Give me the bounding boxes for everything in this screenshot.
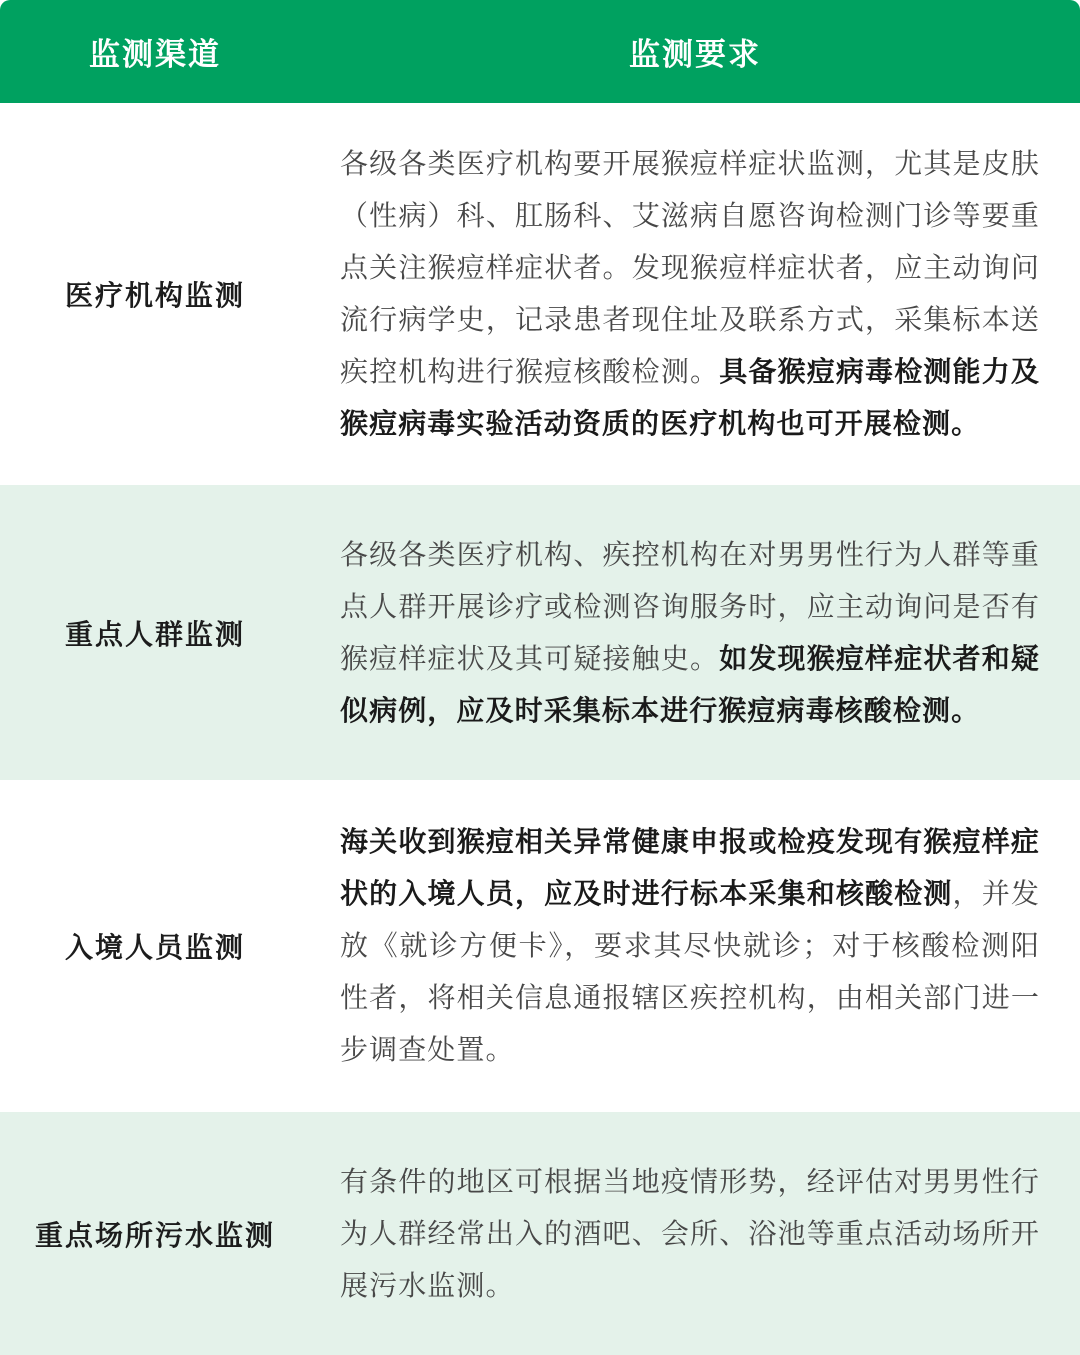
row-label-cell: 入境人员监测 [0,926,310,966]
row-requirement-text: 海关收到猴痘相关异常健康申报或检疫发现有猴痘样症状的入境人员，应及时进行标本采集… [340,816,1040,1076]
row-label-cell: 重点人群监测 [0,613,310,653]
table-row-medical-institution: 医疗机构监测 各级各类医疗机构要开展猴痘样症状监测，尤其是皮肤（性病）科、肛肠科… [0,103,1080,485]
row-label: 重点人群监测 [65,613,245,653]
header-cell-channel: 监测渠道 [0,29,310,74]
table-row-key-population: 重点人群监测 各级各类医疗机构、疾控机构在对男男性行为人群等重点人群开展诊疗或检… [0,485,1080,780]
row-requirement-text: 各级各类医疗机构要开展猴痘样症状监测，尤其是皮肤（性病）科、肛肠科、艾滋病自愿咨… [340,138,1040,450]
header-label-requirement: 监测要求 [629,29,761,74]
row-requirement-text: 各级各类医疗机构、疾控机构在对男男性行为人群等重点人群开展诊疗或检测咨询服务时，… [340,529,1040,737]
header-label-channel: 监测渠道 [89,29,221,74]
table-row-entry-personnel: 入境人员监测 海关收到猴痘相关异常健康申报或检疫发现有猴痘样症状的入境人员，应及… [0,780,1080,1112]
table-row-venue-sewage: 重点场所污水监测 有条件的地区可根据当地疫情形势，经评估对男男性行为人群经常出入… [0,1112,1080,1355]
row-label: 医疗机构监测 [65,274,245,314]
row-label-cell: 医疗机构监测 [0,274,310,314]
header-cell-requirement: 监测要求 [310,29,1080,74]
requirement-text-segment: 各级各类医疗机构要开展猴痘样症状监测，尤其是皮肤（性病）科、肛肠科、艾滋病自愿咨… [340,147,1040,388]
requirement-text-segment: 有条件的地区可根据当地疫情形势，经评估对男男性行为人群经常出入的酒吧、会所、浴池… [340,1165,1040,1302]
row-label: 入境人员监测 [65,926,245,966]
requirement-text-bold-segment: 海关收到猴痘相关异常健康申报或检疫发现有猴痘样症状的入境人员，应及时进行标本采集… [340,825,1040,910]
table-header-row: 监测渠道 监测要求 [0,0,1080,103]
row-requirement-text: 有条件的地区可根据当地疫情形势，经评估对男男性行为人群经常出入的酒吧、会所、浴池… [340,1156,1040,1312]
surveillance-table: 监测渠道 监测要求 医疗机构监测 各级各类医疗机构要开展猴痘样症状监测，尤其是皮… [0,0,1080,1355]
row-label-cell: 重点场所污水监测 [0,1214,310,1254]
row-label: 重点场所污水监测 [35,1214,275,1254]
